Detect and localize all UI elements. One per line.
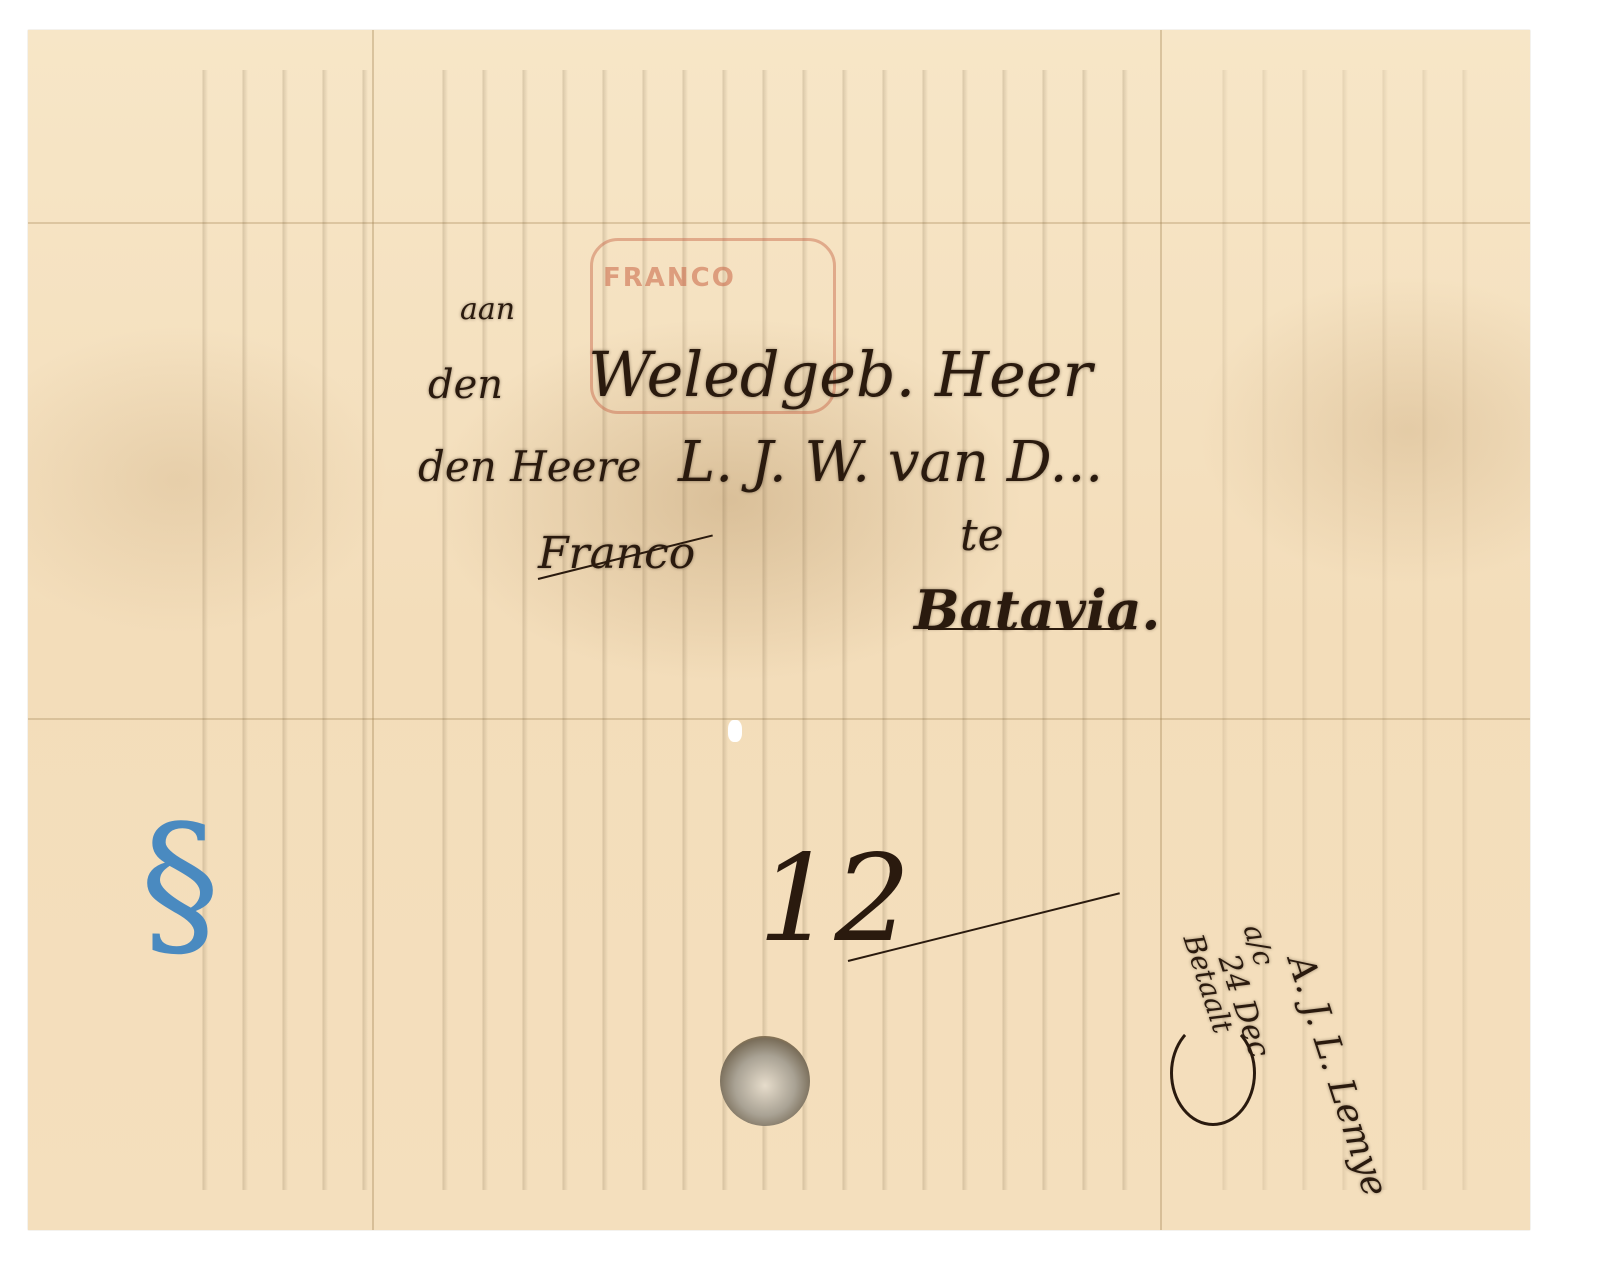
- handstamp-text: FRANCO: [603, 263, 736, 293]
- docket-sender: A. J. L. Lemye: [1279, 950, 1396, 1202]
- blue-crayon-mark: §: [140, 790, 220, 977]
- address-prefix: aan: [460, 292, 515, 327]
- docket: A. J. L. Lemye a/c 24 Dec Betaalt: [1148, 790, 1448, 1170]
- rate-mark-12: 12: [758, 830, 911, 969]
- wax-seal-remnant: [720, 1036, 810, 1126]
- letter-sheet: FRANCO aan den Weledgeb. Heer den Heere …: [28, 30, 1530, 1230]
- paper-tear: [728, 720, 742, 742]
- docket-flourish: [1170, 1020, 1256, 1126]
- batavia-underline: [928, 628, 1114, 630]
- address-recipient-name: L. J. W. van D...: [678, 430, 1103, 495]
- address-den: den: [428, 362, 503, 408]
- address-title: Weledgeb. Heer: [588, 338, 1092, 411]
- address-te: te: [960, 510, 1004, 561]
- destination-batavia: Batavia.: [914, 578, 1160, 642]
- show-through-text-left: [168, 70, 388, 1190]
- address-den-heere: den Heere: [418, 442, 641, 491]
